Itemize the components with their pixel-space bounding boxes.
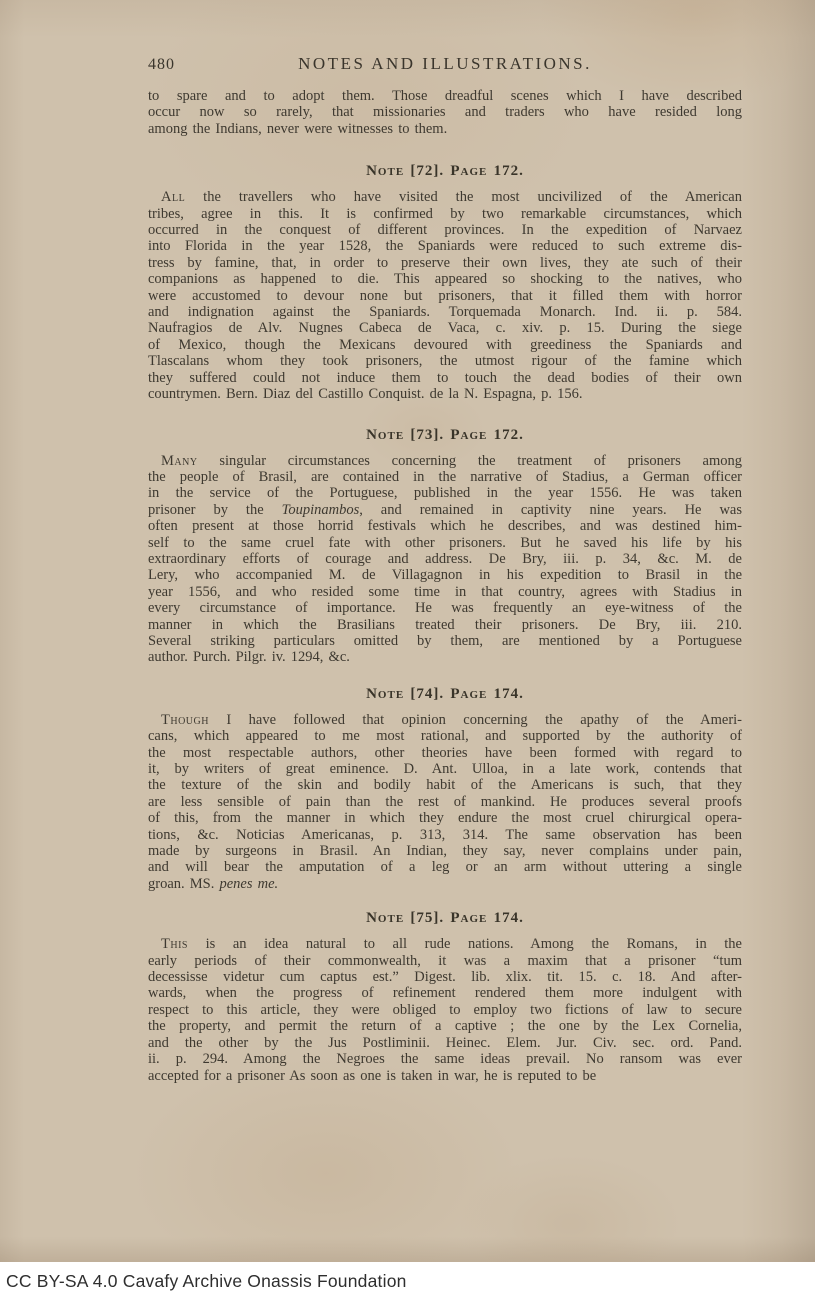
- note-section-72: Note [72]. Page 172. All the travellers …: [148, 163, 742, 402]
- text-line: the property, and permit the return of a…: [148, 1018, 742, 1034]
- text-line: tress by famine, that, in order to prese…: [148, 255, 742, 271]
- lead-word: Though: [161, 712, 209, 728]
- text-line: occurred in the conquest of different pr…: [148, 222, 742, 238]
- note-section-73: Note [73]. Page 172. Many singular circu…: [148, 427, 742, 666]
- lead-word: Many: [161, 453, 198, 469]
- note-section-74: Note [74]. Page 174. Though I have follo…: [148, 686, 742, 892]
- text-line: extraordinary efforts of courage and add…: [148, 551, 742, 567]
- text-line: Naufragios de Alv. Nugnes Cabeca de Vaca…: [148, 320, 742, 336]
- book-page-scan: 480 NOTES AND ILLUSTRATIONS. to spare an…: [0, 0, 815, 1262]
- text-line: they suffered could not induce them to t…: [148, 370, 742, 386]
- note-paragraph: All the travellers who have visited the …: [148, 189, 742, 402]
- text-line: decessisse videtur cum captus est.” Dige…: [148, 969, 742, 985]
- text-line: countrymen. Bern. Diaz del Castillo Conq…: [148, 386, 742, 402]
- license-footer: CC BY-SA 4.0 Cavafy Archive Onassis Foun…: [0, 1262, 815, 1300]
- text-line: Several striking particulars omitted by …: [148, 633, 742, 649]
- note-heading: Note [72]. Page 172.: [148, 163, 742, 180]
- page-title: NOTES AND ILLUSTRATIONS.: [148, 55, 742, 73]
- text-line: made by surgeons in Brasil. An Indian, t…: [148, 843, 742, 859]
- text-line: and indignation against the Spaniards. T…: [148, 304, 742, 320]
- text-line: often present at those horrid festivals …: [148, 518, 742, 534]
- text-line: respect to this article, they were oblig…: [148, 1002, 742, 1018]
- text-line: Many singular circumstances concerning t…: [148, 453, 742, 469]
- text-line: it, by writers of great eminence. D. Ant…: [148, 761, 742, 777]
- text-line: among the Indians, never were witnesses …: [148, 121, 742, 137]
- text-line: in the service of the Portuguese, publis…: [148, 485, 742, 501]
- text-line: manner in which the Brasilians treated t…: [148, 617, 742, 633]
- text-line: occur now so rarely, that missionaries a…: [148, 104, 742, 120]
- text-line: every circumstance of importance. He was…: [148, 600, 742, 616]
- text-line: tions, &c. Noticias Americanas, p. 313, …: [148, 827, 742, 843]
- text-line: and will bear the amputation of a leg or…: [148, 859, 742, 875]
- text-line: prisoner by the Toupinambos, and remaine…: [148, 502, 742, 518]
- text-line: Tlascalans whom they took prisoners, the…: [148, 353, 742, 369]
- text-line: early periods of their commonwealth, it …: [148, 953, 742, 969]
- note-paragraph: This is an idea natural to all rude nati…: [148, 936, 742, 1084]
- running-head: 480 NOTES AND ILLUSTRATIONS.: [148, 55, 742, 73]
- text-line: are less sensible of pain than the rest …: [148, 794, 742, 810]
- text-line: This is an idea natural to all rude nati…: [148, 936, 742, 952]
- note-heading: Note [75]. Page 174.: [148, 910, 742, 927]
- text-line: self to the same cruel fate with other p…: [148, 535, 742, 551]
- text-line: Lery, who accompanied M. de Villagagnon …: [148, 567, 742, 583]
- note-section-75: Note [75]. Page 174. This is an idea nat…: [148, 910, 742, 1084]
- text-line: the texture of the skin and bodily habit…: [148, 777, 742, 793]
- text-line: the people of Brasil, are contained in t…: [148, 469, 742, 485]
- intro-paragraph: to spare and to adopt them. Those dreadf…: [148, 88, 742, 137]
- text-line: Though I have followed that opinion conc…: [148, 712, 742, 728]
- note-heading: Note [73]. Page 172.: [148, 427, 742, 444]
- text-line: author. Purch. Pilgr. iv. 1294, &c.: [148, 649, 742, 665]
- text-line: cans, which appeared to me most rational…: [148, 728, 742, 744]
- license-caption: CC BY-SA 4.0 Cavafy Archive Onassis Foun…: [6, 1271, 407, 1292]
- text-line: year 1556, and who resided some time in …: [148, 584, 742, 600]
- italic-phrase: penes me.: [219, 876, 278, 892]
- note-paragraph: Many singular circumstances concerning t…: [148, 453, 742, 666]
- text-column: to spare and to adopt them. Those dreadf…: [148, 88, 742, 1084]
- page-number: 480: [148, 56, 175, 74]
- text-line: All the travellers who have visited the …: [148, 189, 742, 205]
- lead-word: All: [161, 189, 185, 205]
- text-line: into Florida in the year 1528, the Spani…: [148, 238, 742, 254]
- text-line: accepted for a prisoner As soon as one i…: [148, 1068, 742, 1084]
- text-line: wards, when the progress of refinement r…: [148, 985, 742, 1001]
- text-line: of this, from the manner in which they e…: [148, 810, 742, 826]
- text-line: the most respectable authors, other theo…: [148, 745, 742, 761]
- text-line: tribes, agree in this. It is confirmed b…: [148, 206, 742, 222]
- text-line: and the other by the Jus Postliminii. He…: [148, 1035, 742, 1051]
- text-line: of Mexico, though the Mexicans devoured …: [148, 337, 742, 353]
- lead-word: This: [161, 936, 188, 952]
- note-heading: Note [74]. Page 174.: [148, 686, 742, 703]
- text-line: groan. MS. penes me.: [148, 876, 742, 892]
- italic-phrase: Toupinambos: [282, 502, 360, 518]
- text-line: were accustomed to devour none but priso…: [148, 288, 742, 304]
- text-line: companions as happened to die. This appe…: [148, 271, 742, 287]
- text-line: to spare and to adopt them. Those dreadf…: [148, 88, 742, 104]
- note-paragraph: Though I have followed that opinion conc…: [148, 712, 742, 892]
- text-line: ii. p. 294. Among the Negroes the same i…: [148, 1051, 742, 1067]
